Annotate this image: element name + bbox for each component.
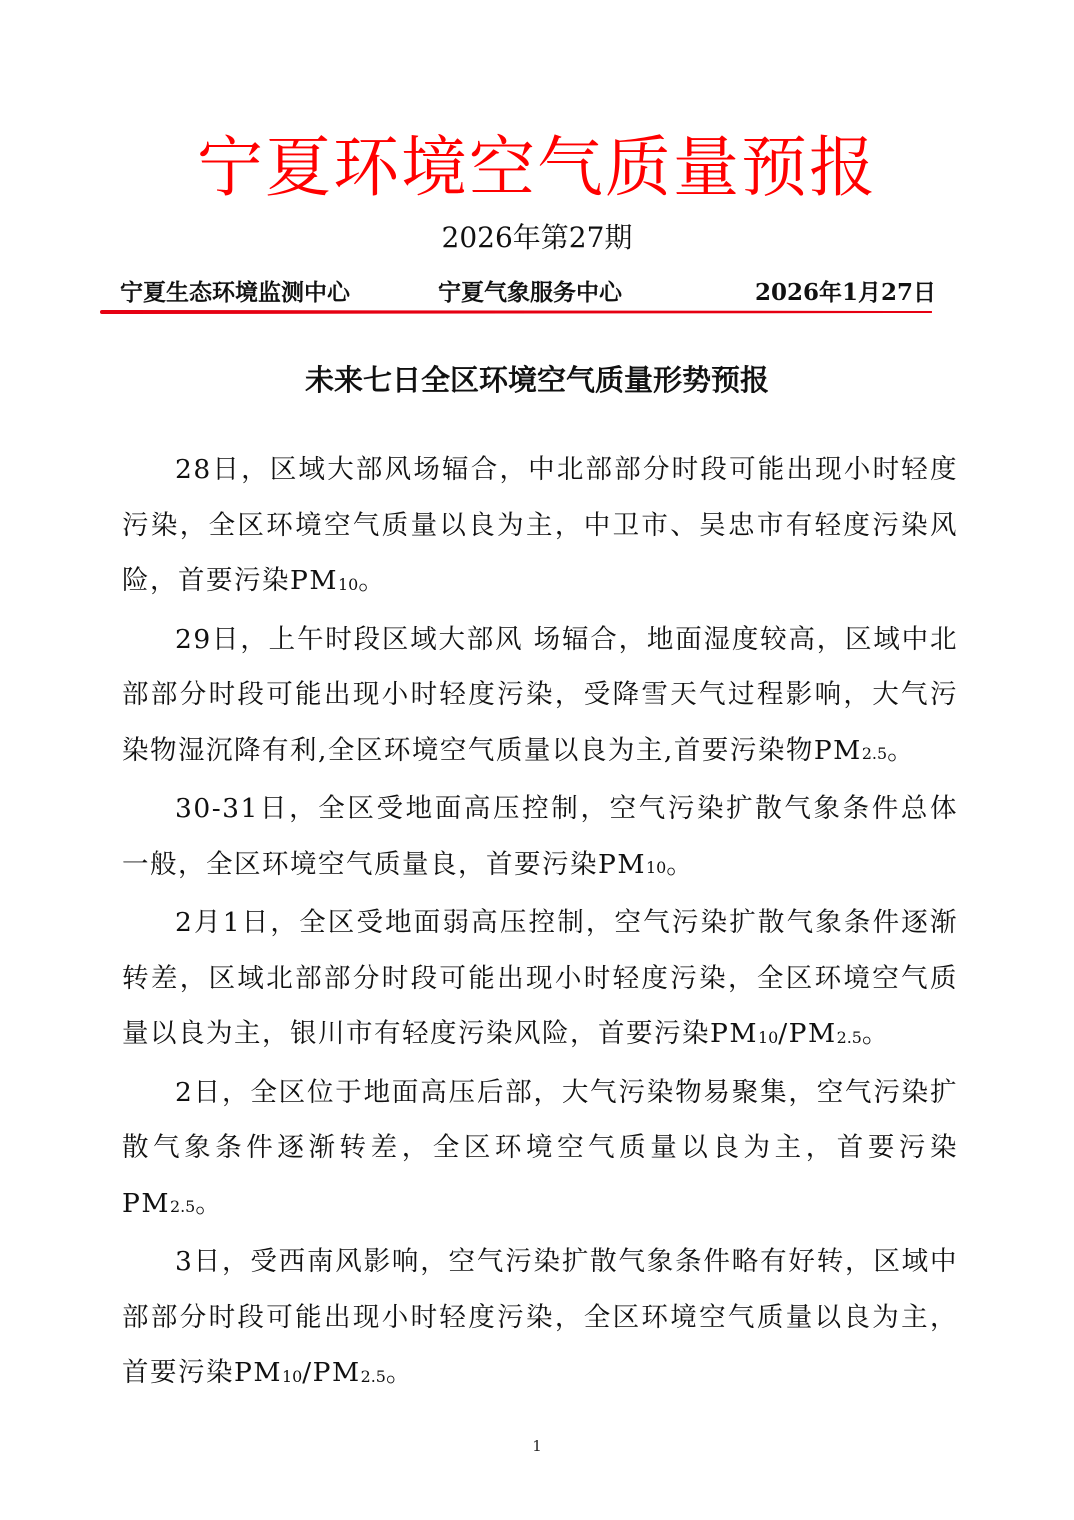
page-number: 1 xyxy=(0,1436,1074,1456)
paragraph-feb-1: 2月1日，全区受地面弱高压控制，空气污染扩散气象条件逐渐转差，区域北部部分时段可… xyxy=(122,895,958,1065)
issuer-ecology-center: 宁夏生态环境监测中心 xyxy=(120,276,350,310)
subscript: 2.5 xyxy=(837,1028,862,1047)
subscript: 10 xyxy=(282,1367,302,1386)
paragraph-day-29: 29日，上午时段区域大部风 场辐合，地面湿度较高，区域中北部部分时段可能出现小时… xyxy=(122,612,958,782)
paragraph-feb-3: 3日，受西南风影响，空气污染扩散气象条件略有好转，区域中部部分时段可能出现小时轻… xyxy=(122,1234,958,1404)
section-title: 未来七日全区环境空气质量形势预报 xyxy=(0,358,1074,402)
issuer-row: 宁夏生态环境监测中心 宁夏气象服务中心 2026年1月27日 xyxy=(120,276,936,310)
subscript: 2.5 xyxy=(361,1367,386,1386)
subscript: 10 xyxy=(646,858,666,877)
red-divider-rule xyxy=(100,310,932,314)
paragraph-feb-2: 2日，全区位于地面高压后部，大气污染物易聚集，空气污染扩散气象条件逐渐转差，全区… xyxy=(122,1065,958,1235)
paragraph-text: 3日，受西南风影响，空气污染扩散气象条件略有好转，区域中部部分时段可能出现小时轻… xyxy=(122,1246,958,1388)
subscript: 10 xyxy=(758,1028,778,1047)
subscript: 10 xyxy=(338,575,358,594)
paragraph-text: 28日，区域大部风场辐合，中北部部分时段可能出现小时轻度污染，全区环境空气质量以… xyxy=(122,454,958,596)
issue-date: 2026年1月27日 xyxy=(755,276,936,310)
paragraph-tail: 。 xyxy=(386,1357,414,1388)
paragraph-tail: 。 xyxy=(666,849,694,880)
paragraph-mid: /PM xyxy=(778,1018,836,1049)
paragraph-day-30-31: 30-31日，全区受地面高压控制，空气污染扩散气象条件总体一般，全区环境空气质量… xyxy=(122,781,958,895)
paragraph-text: 29日，上午时段区域大部风 场辐合，地面湿度较高，区域中北部部分时段可能出现小时… xyxy=(122,624,958,766)
issue-number: 2026年第27期 xyxy=(0,218,1074,258)
paragraph-text: 30-31日，全区受地面高压控制，空气污染扩散气象条件总体一般，全区环境空气质量… xyxy=(122,793,958,880)
issuer-meteorology-center: 宁夏气象服务中心 xyxy=(438,276,622,310)
paragraph-mid: /PM xyxy=(302,1357,360,1388)
paragraph-tail: 。 xyxy=(195,1188,223,1219)
forecast-body: 28日，区域大部风场辐合，中北部部分时段可能出现小时轻度污染，全区环境空气质量以… xyxy=(122,442,958,1404)
paragraph-tail: 。 xyxy=(358,565,386,596)
paragraph-tail: 。 xyxy=(887,735,915,766)
subscript: 2.5 xyxy=(170,1197,195,1216)
paragraph-text: 2日，全区位于地面高压后部，大气污染物易聚集，空气污染扩散气象条件逐渐转差，全区… xyxy=(122,1077,958,1219)
subscript: 2.5 xyxy=(862,744,887,763)
masthead-title: 宁夏环境空气质量预报 xyxy=(0,128,1074,208)
paragraph-tail: 。 xyxy=(862,1018,890,1049)
paragraph-day-28: 28日，区域大部风场辐合，中北部部分时段可能出现小时轻度污染，全区环境空气质量以… xyxy=(122,442,958,612)
